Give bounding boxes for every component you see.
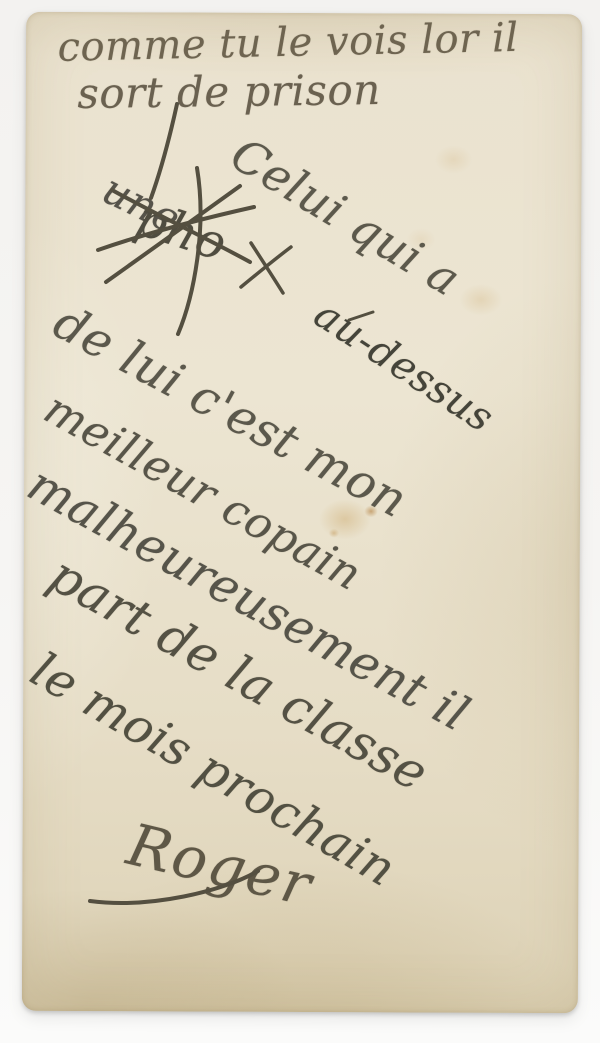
handwriting-line-sort-de-prison: sort de prison: [77, 65, 381, 118]
handwriting-line-celui-qui-a: Celui qui a: [222, 127, 470, 307]
handwriting-line-au-dessus: au-dessus: [306, 291, 502, 441]
postcard-back: comme tu le vois lor il sort de prison C…: [22, 12, 582, 1013]
handwriting-scratched-word: pho: [129, 190, 234, 272]
handwriting-line-comme: comme tu le vois lor il: [57, 15, 519, 71]
photo-of-handwritten-card: comme tu le vois lor il sort de prison C…: [0, 0, 600, 1043]
